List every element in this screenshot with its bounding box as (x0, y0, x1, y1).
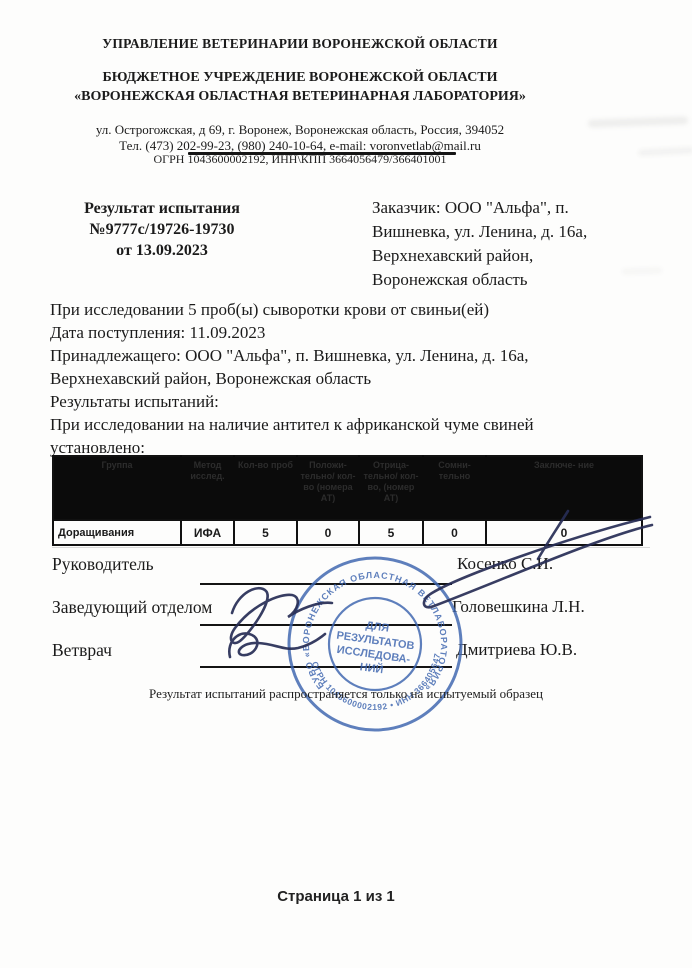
stamp-center-line: НИЙ (359, 660, 384, 676)
scan-smudge (588, 116, 688, 127)
cell-method: ИФА (181, 520, 234, 545)
header-method: Метод исслед. (181, 456, 234, 520)
header-negative: Отрица- тельно/ кол-во, (номер АТ) (359, 456, 423, 520)
result-title: Результат испытания (52, 198, 272, 219)
department-title: УПРАВЛЕНИЕ ВЕТЕРИНАРИИ ВОРОНЕЖСКОЙ ОБЛАС… (20, 36, 580, 52)
scan-smudge (638, 147, 692, 157)
body-line: Верхнехавский район, Воронежская область (50, 367, 658, 390)
table-header-row: Группа Метод исслед. Кол-во проб Положи-… (53, 456, 642, 520)
body-line: При исследовании 5 проб(ы) сыворотки кро… (50, 298, 658, 321)
result-date: от 13.09.2023 (52, 240, 272, 261)
body-line: Дата поступления: 11.09.2023 (50, 321, 658, 344)
cell-sample-count: 5 (234, 520, 297, 545)
body-line: Принадлежащего: ООО "Альфа", п. Вишневка… (50, 344, 658, 367)
cell-negative: 5 (359, 520, 423, 545)
table-row: Доращивания ИФА 5 0 5 0 0 (53, 520, 642, 545)
body-text: При исследовании 5 проб(ы) сыворотки кро… (50, 298, 658, 459)
cell-group: Доращивания (53, 520, 181, 545)
page-number: Страница 1 из 1 (0, 888, 672, 905)
header-positive: Положи- тельно/ кол-во (номера АТ) (297, 456, 359, 520)
signature-name: Косенко С.И. (457, 554, 553, 574)
address-line: ул. Острогожская, д 69, г. Воронеж, Воро… (20, 122, 580, 138)
header-doubtful: Сомни- тельно (423, 456, 486, 520)
round-stamp: БУВО «ВОРОНЕЖСКАЯ ОБЛАСТНАЯ ВЕТЛАБОРАТОР… (285, 554, 465, 734)
header-sample-count: Кол-во проб (234, 456, 297, 520)
body-line: При исследовании на наличие антител к аф… (50, 413, 658, 436)
header-conclusion: Заключе- ние (486, 456, 642, 520)
document-page: УПРАВЛЕНИЕ ВЕТЕРИНАРИИ ВОРОНЕЖСКОЙ ОБЛАС… (0, 0, 692, 968)
header-group: Группа (53, 456, 181, 520)
organization-line2: «ВОРОНЕЖСКАЯ ОБЛАСТНАЯ ВЕТЕРИНАРНАЯ ЛАБО… (20, 89, 580, 105)
cell-doubtful: 0 (423, 520, 486, 545)
signature-role: Ветврач (52, 640, 112, 661)
scan-line-artifact (52, 547, 650, 548)
signature-role: Руководитель (52, 554, 154, 575)
signature-role: Заведующий отделом (52, 597, 212, 618)
signature-name: Головешкина Л.Н. (452, 597, 585, 617)
result-number-block: Результат испытания №9777с/19726-19730 о… (52, 198, 272, 261)
result-number: №9777с/19726-19730 (52, 219, 272, 240)
divider-line (188, 152, 456, 155)
stamp-center-line: ДЛЯ (365, 620, 390, 635)
cell-conclusion: 0 (486, 520, 642, 545)
customer-line: Вишневка, ул. Ленина, д. 16а, (372, 220, 672, 244)
customer-line: Верхнехавский район, (372, 244, 672, 268)
customer-block: Заказчик: ООО "Альфа", п. Вишневка, ул. … (372, 196, 672, 292)
signature-name: Дмитриева Ю.В. (456, 640, 577, 660)
footnote: Результат испытаний распространяется тол… (0, 686, 692, 702)
organization-line1: БЮДЖЕТНОЕ УЧРЕЖДЕНИЕ ВОРОНЕЖСКОЙ ОБЛАСТИ (20, 70, 580, 86)
results-table: Группа Метод исслед. Кол-во проб Положи-… (52, 455, 643, 546)
body-line: Результаты испытаний: (50, 390, 658, 413)
cell-positive: 0 (297, 520, 359, 545)
customer-line: Заказчик: ООО "Альфа", п. (372, 196, 672, 220)
